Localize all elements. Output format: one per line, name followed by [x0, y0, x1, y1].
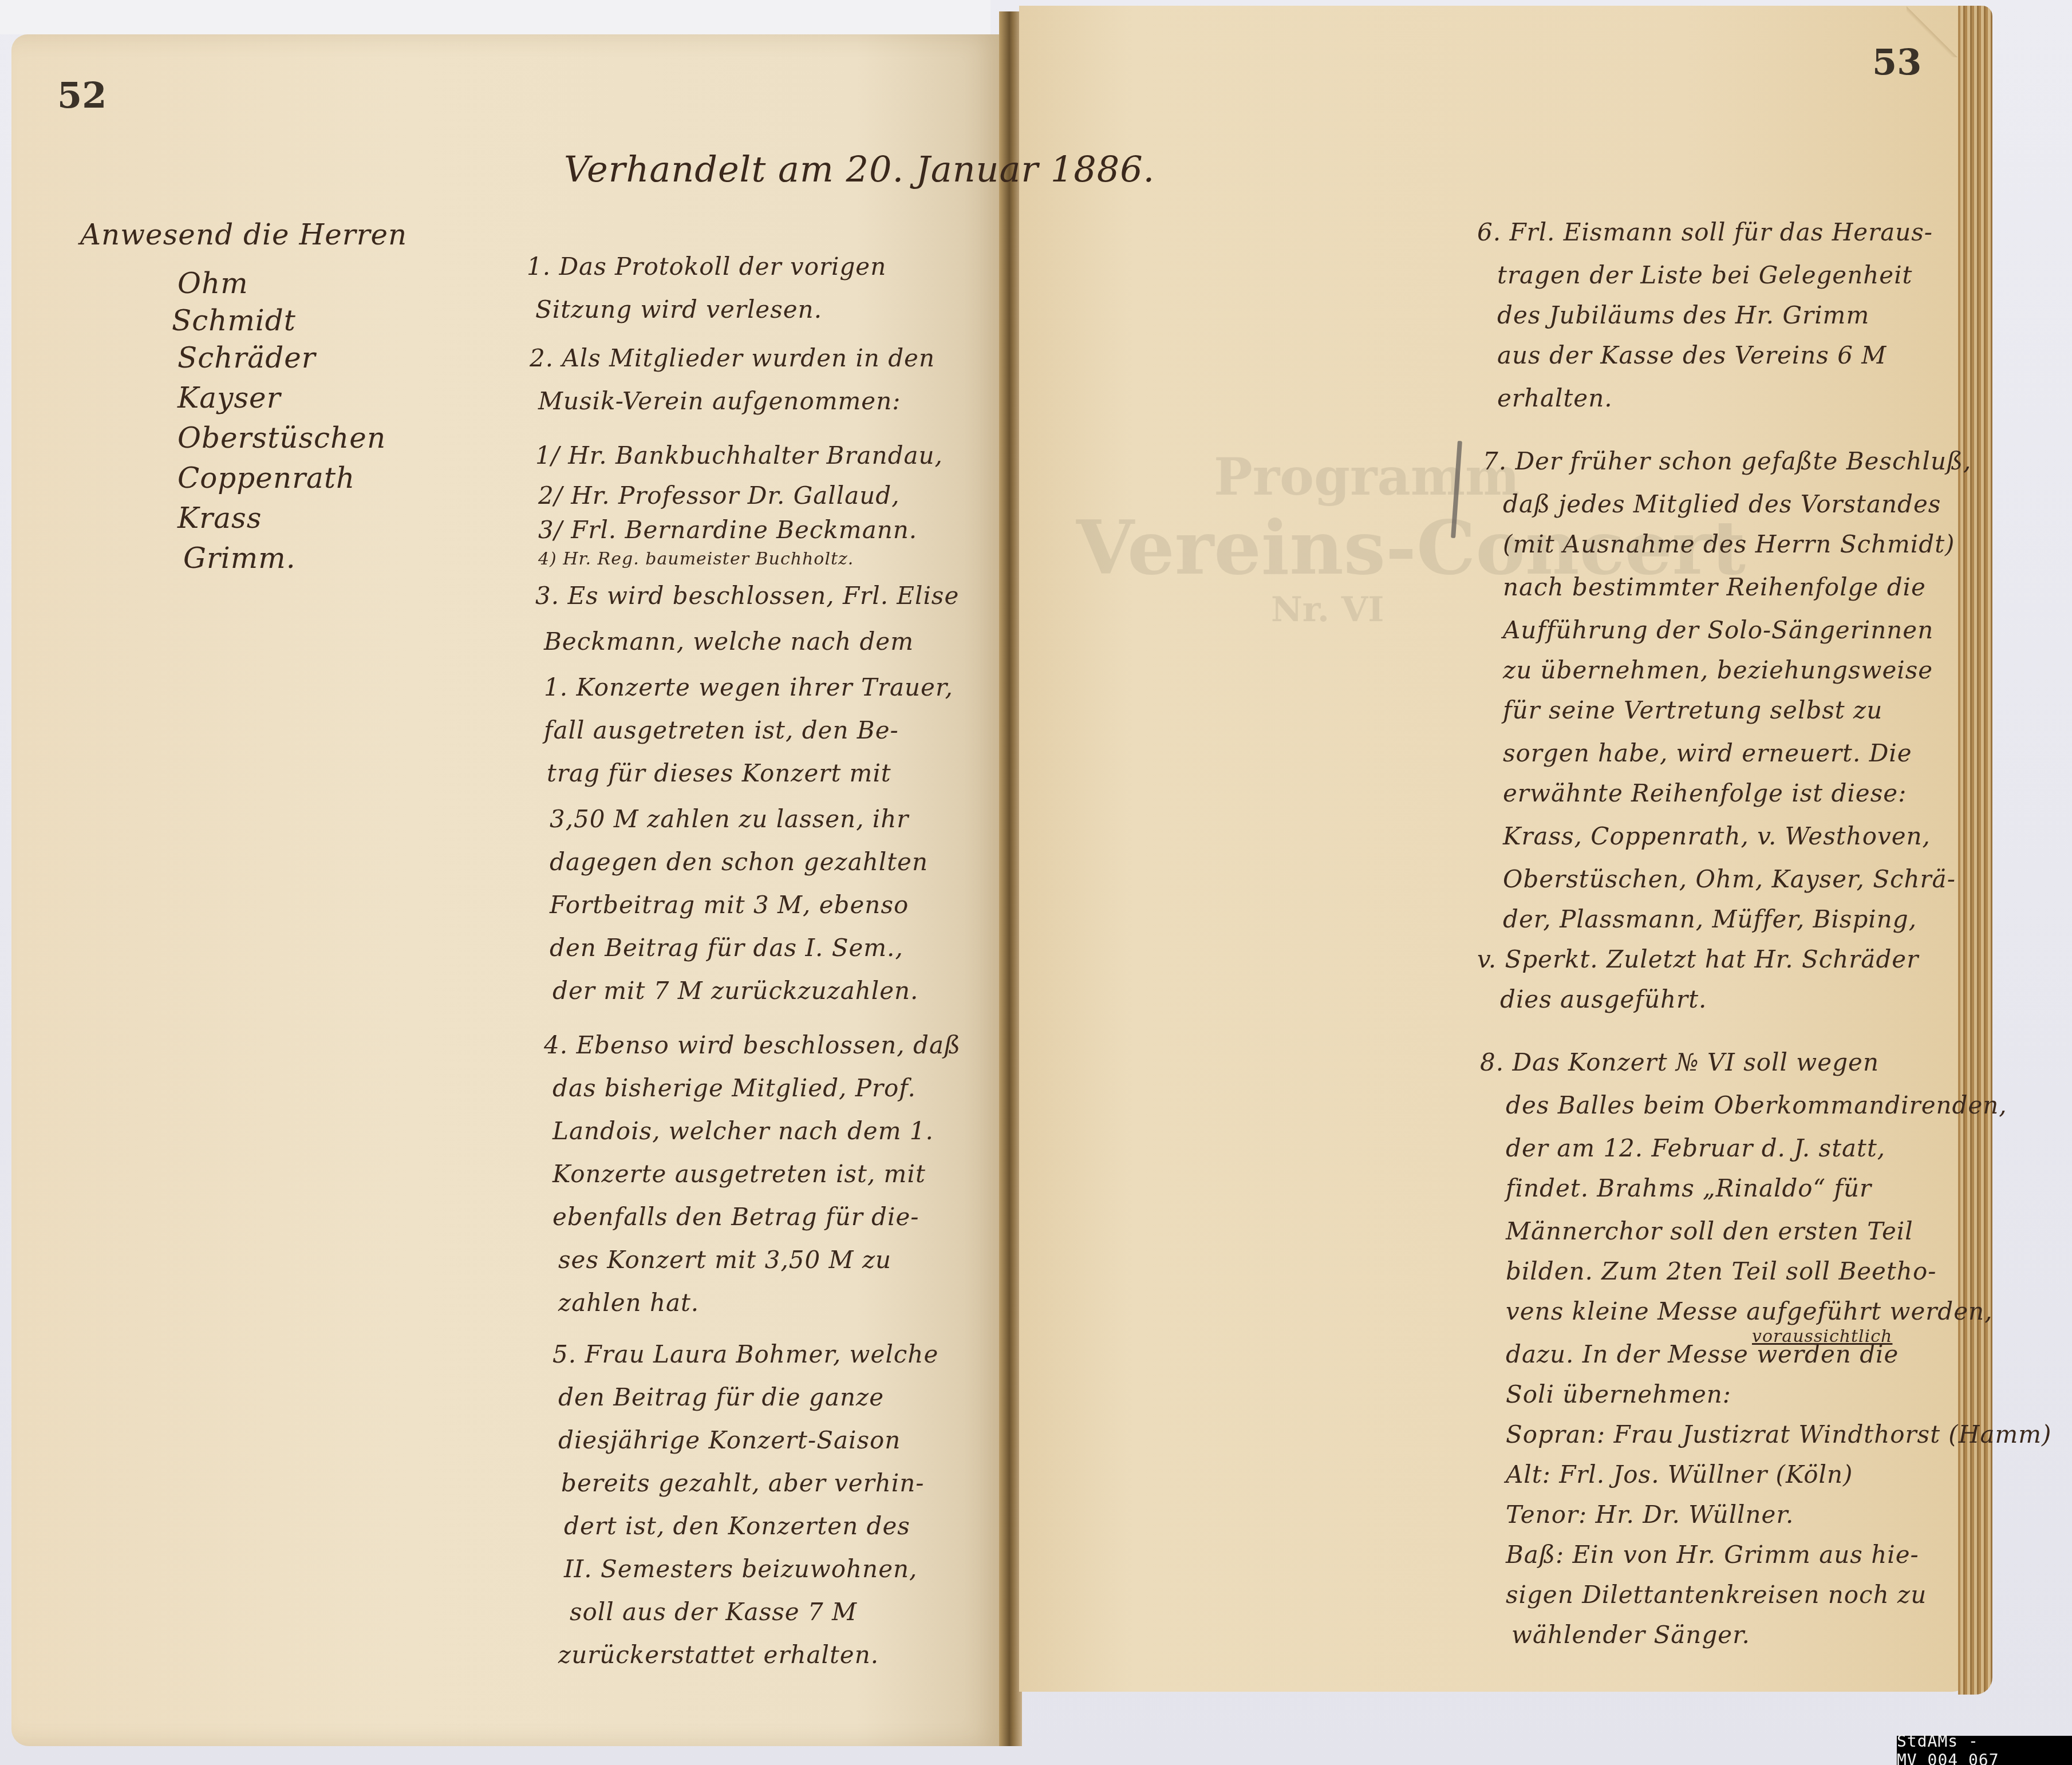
soloist-line: Tenor: Hr. Dr. Wüllner.	[1506, 1503, 1794, 1527]
minutes-line: dagegen den schon gezahlten	[550, 850, 928, 874]
attendee-name: Krass	[177, 504, 262, 532]
minutes-line: zahlen hat.	[558, 1291, 699, 1315]
page-number-left: 52	[57, 74, 106, 116]
minutes-line: Soli übernehmen:	[1506, 1383, 1731, 1407]
ghost-title: Programm	[1214, 447, 1520, 507]
page-number-right: 53	[1872, 41, 1921, 83]
minutes-line: vens kleine Messe aufgeführt werden,	[1506, 1300, 1993, 1324]
member-entry: 3/ Frl. Bernardine Beckmann.	[538, 518, 917, 542]
attendee-name: Schmidt	[172, 306, 296, 335]
minutes-line: bilden. Zum 2ten Teil soll Beetho-	[1506, 1259, 1936, 1284]
minutes-line: 3. Es wird beschlossen, Frl. Elise	[535, 584, 959, 608]
attendee-name: Coppenrath	[177, 464, 355, 492]
attendee-name: Ohm	[177, 269, 248, 298]
minutes-line: sorgen habe, wird erneuert. Die	[1503, 741, 1912, 765]
member-entry: 1/ Hr. Bankbuchhalter Brandau,	[535, 444, 943, 468]
minutes-line: der am 12. Februar d. J. statt,	[1506, 1136, 1885, 1160]
book-gutter	[999, 11, 1022, 1746]
minutes-line: sigen Dilettantenkreisen noch zu	[1506, 1583, 1927, 1607]
attendee-name: Schräder	[177, 343, 316, 372]
backing-sheet	[0, 0, 990, 34]
minutes-line: 6. Frl. Eismann soll für das Heraus-	[1477, 220, 1933, 244]
minutes-line: v. Sperkt. Zuletzt hat Hr. Schräder	[1477, 947, 1919, 972]
soloist-line: Sopran: Frau Justizrat Windthorst (Hamm)	[1506, 1423, 2051, 1447]
attendance-label: Anwesend die Herren	[80, 220, 407, 249]
minutes-line: den Beitrag für die ganze	[558, 1385, 884, 1409]
minutes-line: erwähnte Reihenfolge ist diese:	[1503, 781, 1907, 805]
minutes-line: Krass, Coppenrath, v. Westhoven,	[1503, 824, 1931, 848]
minutes-line: findet. Brahms „Rinaldo“ für	[1506, 1176, 1872, 1201]
minutes-line: 7. Der früher schon gefaßte Beschluß,	[1483, 449, 1971, 473]
minutes-line: Musik-Verein aufgenommen:	[538, 389, 901, 413]
archive-label: StdAMs - MV_004_067	[1897, 1736, 2072, 1765]
minutes-line: erhalten.	[1497, 386, 1613, 410]
minutes-line: des Jubiläums des Hr. Grimm	[1497, 303, 1869, 327]
minutes-line: (mit Ausnahme des Herrn Schmidt)	[1503, 532, 1955, 556]
minutes-line: dert ist, den Konzerten des	[564, 1514, 910, 1538]
minutes-line: 5. Frau Laura Bohmer, welche	[552, 1342, 938, 1367]
minutes-line: Beckmann, welche nach dem	[544, 630, 914, 654]
minutes-line: zu übernehmen, beziehungsweise	[1503, 658, 1933, 682]
minutes-line: dies ausgeführt.	[1500, 988, 1707, 1012]
attendee-name: Kayser	[177, 384, 281, 412]
ghost-number: Nr. VI	[1271, 590, 1384, 630]
minutes-line: Landois, welcher nach dem 1.	[552, 1119, 934, 1143]
minutes-line: 4. Ebenso wird beschlossen, daß	[544, 1033, 961, 1057]
minutes-line: daß jedes Mitglied des Vorstandes	[1503, 492, 1941, 516]
minutes-line: bereits gezahlt, aber verhin-	[561, 1471, 924, 1495]
minutes-line: 1. Konzerte wegen ihrer Trauer,	[544, 676, 953, 700]
minutes-line: der mit 7 M zurückzuzahlen.	[552, 979, 918, 1003]
minutes-line: 1. Das Protokoll der vorigen	[527, 255, 886, 279]
minutes-line: Konzerte ausgetreten ist, mit	[552, 1162, 926, 1186]
minutes-line: diesjährige Konzert-Saison	[558, 1428, 901, 1452]
minutes-heading: Verhandelt am 20. Januar 1886.	[564, 152, 1155, 187]
minutes-line: trag für dieses Konzert mit	[547, 761, 891, 785]
minutes-line: dazu. In der Messe werden die	[1506, 1342, 1899, 1367]
minutes-line: fall ausgetreten ist, den Be-	[544, 718, 899, 743]
minutes-line: II. Semesters beizuwohnen,	[564, 1557, 917, 1581]
minutes-line: Oberstüschen, Ohm, Kayser, Schrä-	[1503, 867, 1956, 891]
minutes-line: 8. Das Konzert № VI soll wegen	[1480, 1051, 1879, 1075]
minutes-line: für seine Vertretung selbst zu	[1503, 698, 1882, 722]
minutes-line: Männerchor soll den ersten Teil	[1506, 1219, 1913, 1243]
member-entry: 2/ Hr. Professor Dr. Gallaud,	[538, 484, 899, 508]
minutes-line: Aufführung der Solo-Sängerinnen	[1503, 618, 1933, 642]
minutes-line: des Balles beim Oberkommandirenden,	[1506, 1093, 2007, 1118]
minutes-line: tragen der Liste bei Gelegenheit	[1497, 263, 1913, 287]
minutes-line: das bisherige Mitglied, Prof.	[552, 1076, 916, 1100]
minutes-line: ses Konzert mit 3,50 M zu	[558, 1248, 891, 1272]
minutes-line: ebenfalls den Betrag für die-	[552, 1205, 919, 1229]
minutes-line: aus der Kasse des Vereins 6 M	[1497, 343, 1886, 368]
minutes-line: 3,50 M zahlen zu lassen, ihr	[550, 807, 909, 831]
soloist-line: Alt: Frl. Jos. Wüllner (Köln)	[1506, 1463, 1853, 1487]
minutes-line: der, Plassmann, Müffer, Bisping,	[1503, 907, 1917, 931]
member-entry: 4) Hr. Reg. baumeister Buchholtz.	[538, 551, 854, 568]
attendee-name: Grimm.	[183, 544, 296, 572]
minutes-line: zurückerstattet erhalten.	[558, 1643, 879, 1667]
minutes-line: Fortbeitrag mit 3 M, ebenso	[550, 893, 909, 917]
minutes-line: den Beitrag für das I. Sem.,	[550, 936, 903, 960]
minutes-line: soll aus der Kasse 7 M	[570, 1600, 857, 1624]
soloist-line: Baß: Ein von Hr. Grimm aus hie-	[1506, 1543, 1919, 1567]
attendee-name: Oberstüschen	[177, 424, 386, 452]
minutes-line: 2. Als Mitglieder wurden in den	[530, 346, 935, 370]
minutes-line: Sitzung wird verlesen.	[535, 298, 822, 322]
minutes-line: wählender Sänger.	[1511, 1623, 1750, 1647]
minutes-line: nach bestimmter Reihenfolge die	[1503, 575, 1926, 599]
